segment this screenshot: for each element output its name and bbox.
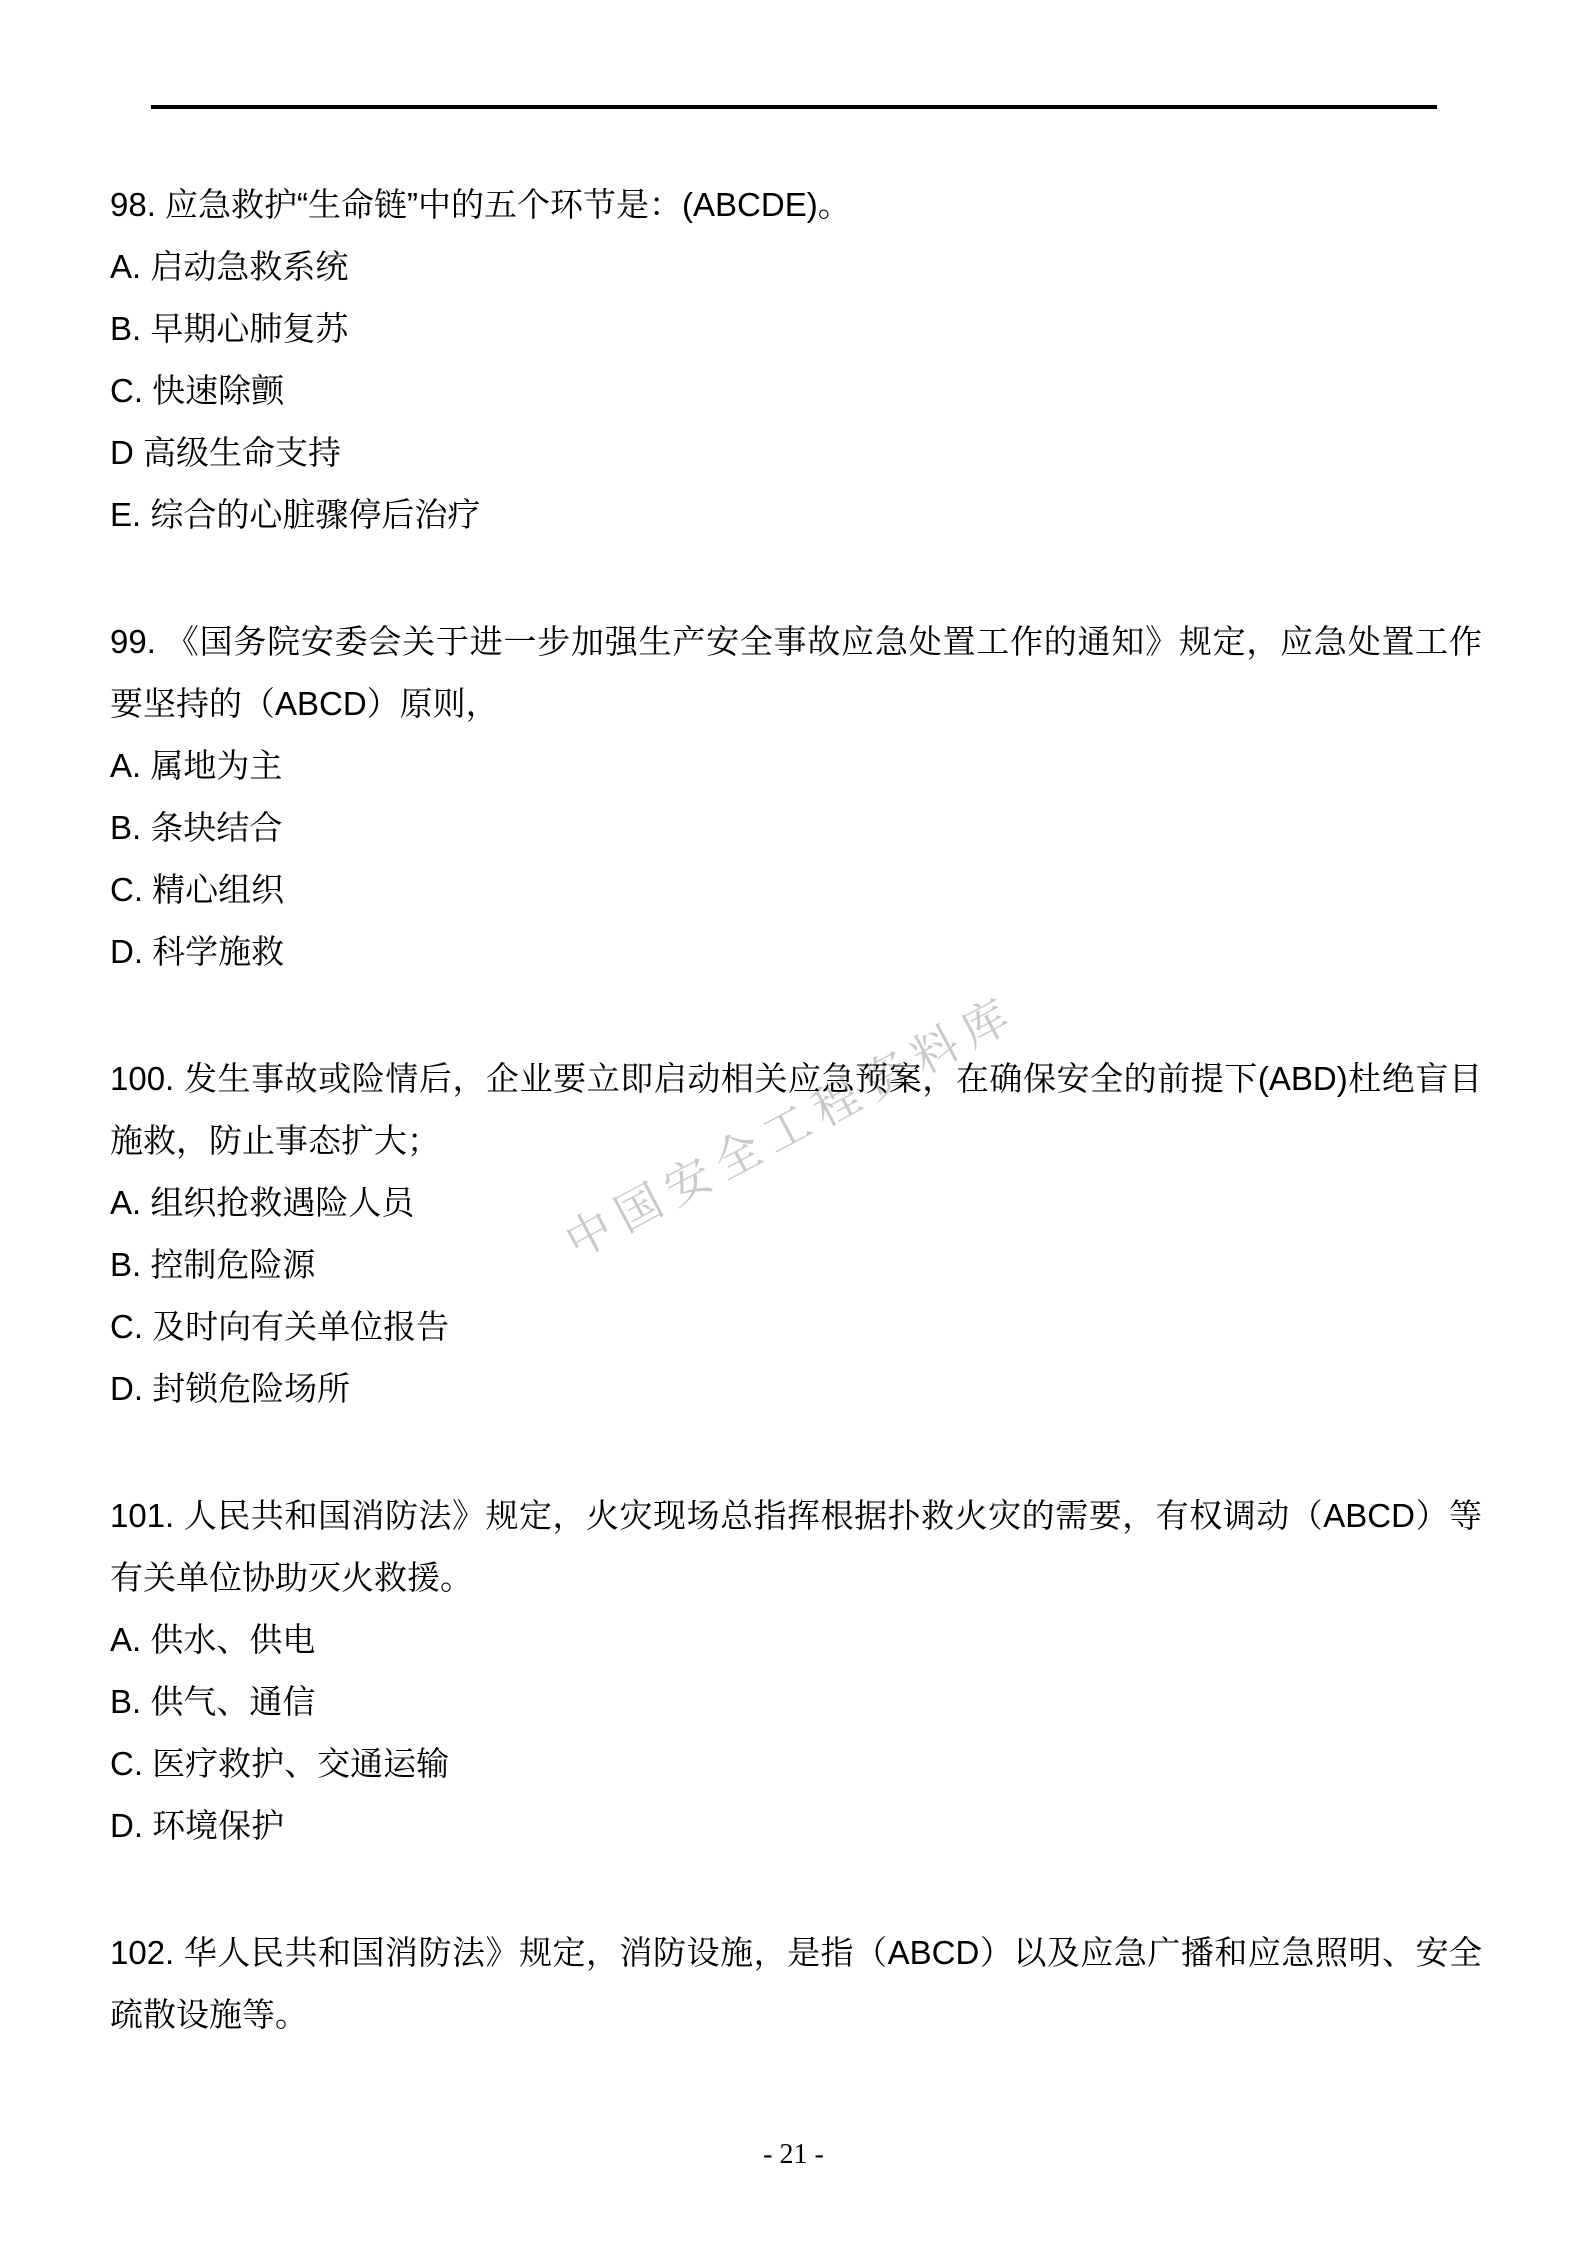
question-101: 101. 人民共和国消防法》规定，火灾现场总指挥根据扑救火灾的需要，有权调动（A… bbox=[110, 1485, 1482, 1857]
question-101-option-A: A. 供水、供电 bbox=[110, 1609, 1482, 1671]
question-98-option-D: D 高级生命支持 bbox=[110, 422, 1482, 484]
question-98-option-C: C. 快速除颤 bbox=[110, 360, 1482, 422]
header-rule bbox=[151, 105, 1437, 109]
question-99-option-B: B. 条块结合 bbox=[110, 797, 1482, 859]
page-number: - 21 - bbox=[0, 2138, 1587, 2172]
document-page: 中国安全工程资料库 98. 应急救护“生命链”中的五个环节是：(ABCDE)。A… bbox=[0, 0, 1587, 2245]
question-102: 102. 华人民共和国消防法》规定，消防设施，是指（ABCD）以及应急广播和应急… bbox=[110, 1922, 1482, 2046]
question-99-option-D: D. 科学施救 bbox=[110, 921, 1482, 983]
question-100-line-2: 施救，防止事态扩大； bbox=[110, 1110, 1482, 1172]
question-100-option-A: A. 组织抢救遇险人员 bbox=[110, 1172, 1482, 1234]
question-98-line-1: 98. 应急救护“生命链”中的五个环节是：(ABCDE)。 bbox=[110, 174, 1482, 236]
question-98: 98. 应急救护“生命链”中的五个环节是：(ABCDE)。A. 启动急救系统B.… bbox=[110, 174, 1482, 546]
question-99: 99. 《国务院安委会关于进一步加强生产安全事故应急处置工作的通知》规定，应急处… bbox=[110, 611, 1482, 983]
question-100: 100. 发生事故或险情后，企业要立即启动相关应急预案，在确保安全的前提下(AB… bbox=[110, 1048, 1482, 1420]
question-99-option-A: A. 属地为主 bbox=[110, 735, 1482, 797]
question-99-line-1: 99. 《国务院安委会关于进一步加强生产安全事故应急处置工作的通知》规定，应急处… bbox=[110, 611, 1482, 673]
question-100-option-B: B. 控制危险源 bbox=[110, 1234, 1482, 1296]
question-101-option-D: D. 环境保护 bbox=[110, 1795, 1482, 1857]
question-101-line-2: 有关单位协助灭火救援。 bbox=[110, 1547, 1482, 1609]
document-body: 98. 应急救护“生命链”中的五个环节是：(ABCDE)。A. 启动急救系统B.… bbox=[110, 174, 1482, 2111]
question-100-option-D: D. 封锁危险场所 bbox=[110, 1358, 1482, 1420]
question-102-line-2: 疏散设施等。 bbox=[110, 1984, 1482, 2046]
question-102-line-1: 102. 华人民共和国消防法》规定，消防设施，是指（ABCD）以及应急广播和应急… bbox=[110, 1922, 1482, 1984]
question-98-option-A: A. 启动急救系统 bbox=[110, 236, 1482, 298]
question-100-line-1: 100. 发生事故或险情后，企业要立即启动相关应急预案，在确保安全的前提下(AB… bbox=[110, 1048, 1482, 1110]
question-100-option-C: C. 及时向有关单位报告 bbox=[110, 1296, 1482, 1358]
question-98-option-B: B. 早期心肺复苏 bbox=[110, 298, 1482, 360]
question-101-option-B: B. 供气、通信 bbox=[110, 1671, 1482, 1733]
question-99-option-C: C. 精心组织 bbox=[110, 859, 1482, 921]
question-98-option-E: E. 综合的心脏骤停后治疗 bbox=[110, 484, 1482, 546]
question-101-option-C: C. 医疗救护、交通运输 bbox=[110, 1733, 1482, 1795]
question-99-line-2: 要坚持的（ABCD）原则， bbox=[110, 673, 1482, 735]
question-101-line-1: 101. 人民共和国消防法》规定，火灾现场总指挥根据扑救火灾的需要，有权调动（A… bbox=[110, 1485, 1482, 1547]
